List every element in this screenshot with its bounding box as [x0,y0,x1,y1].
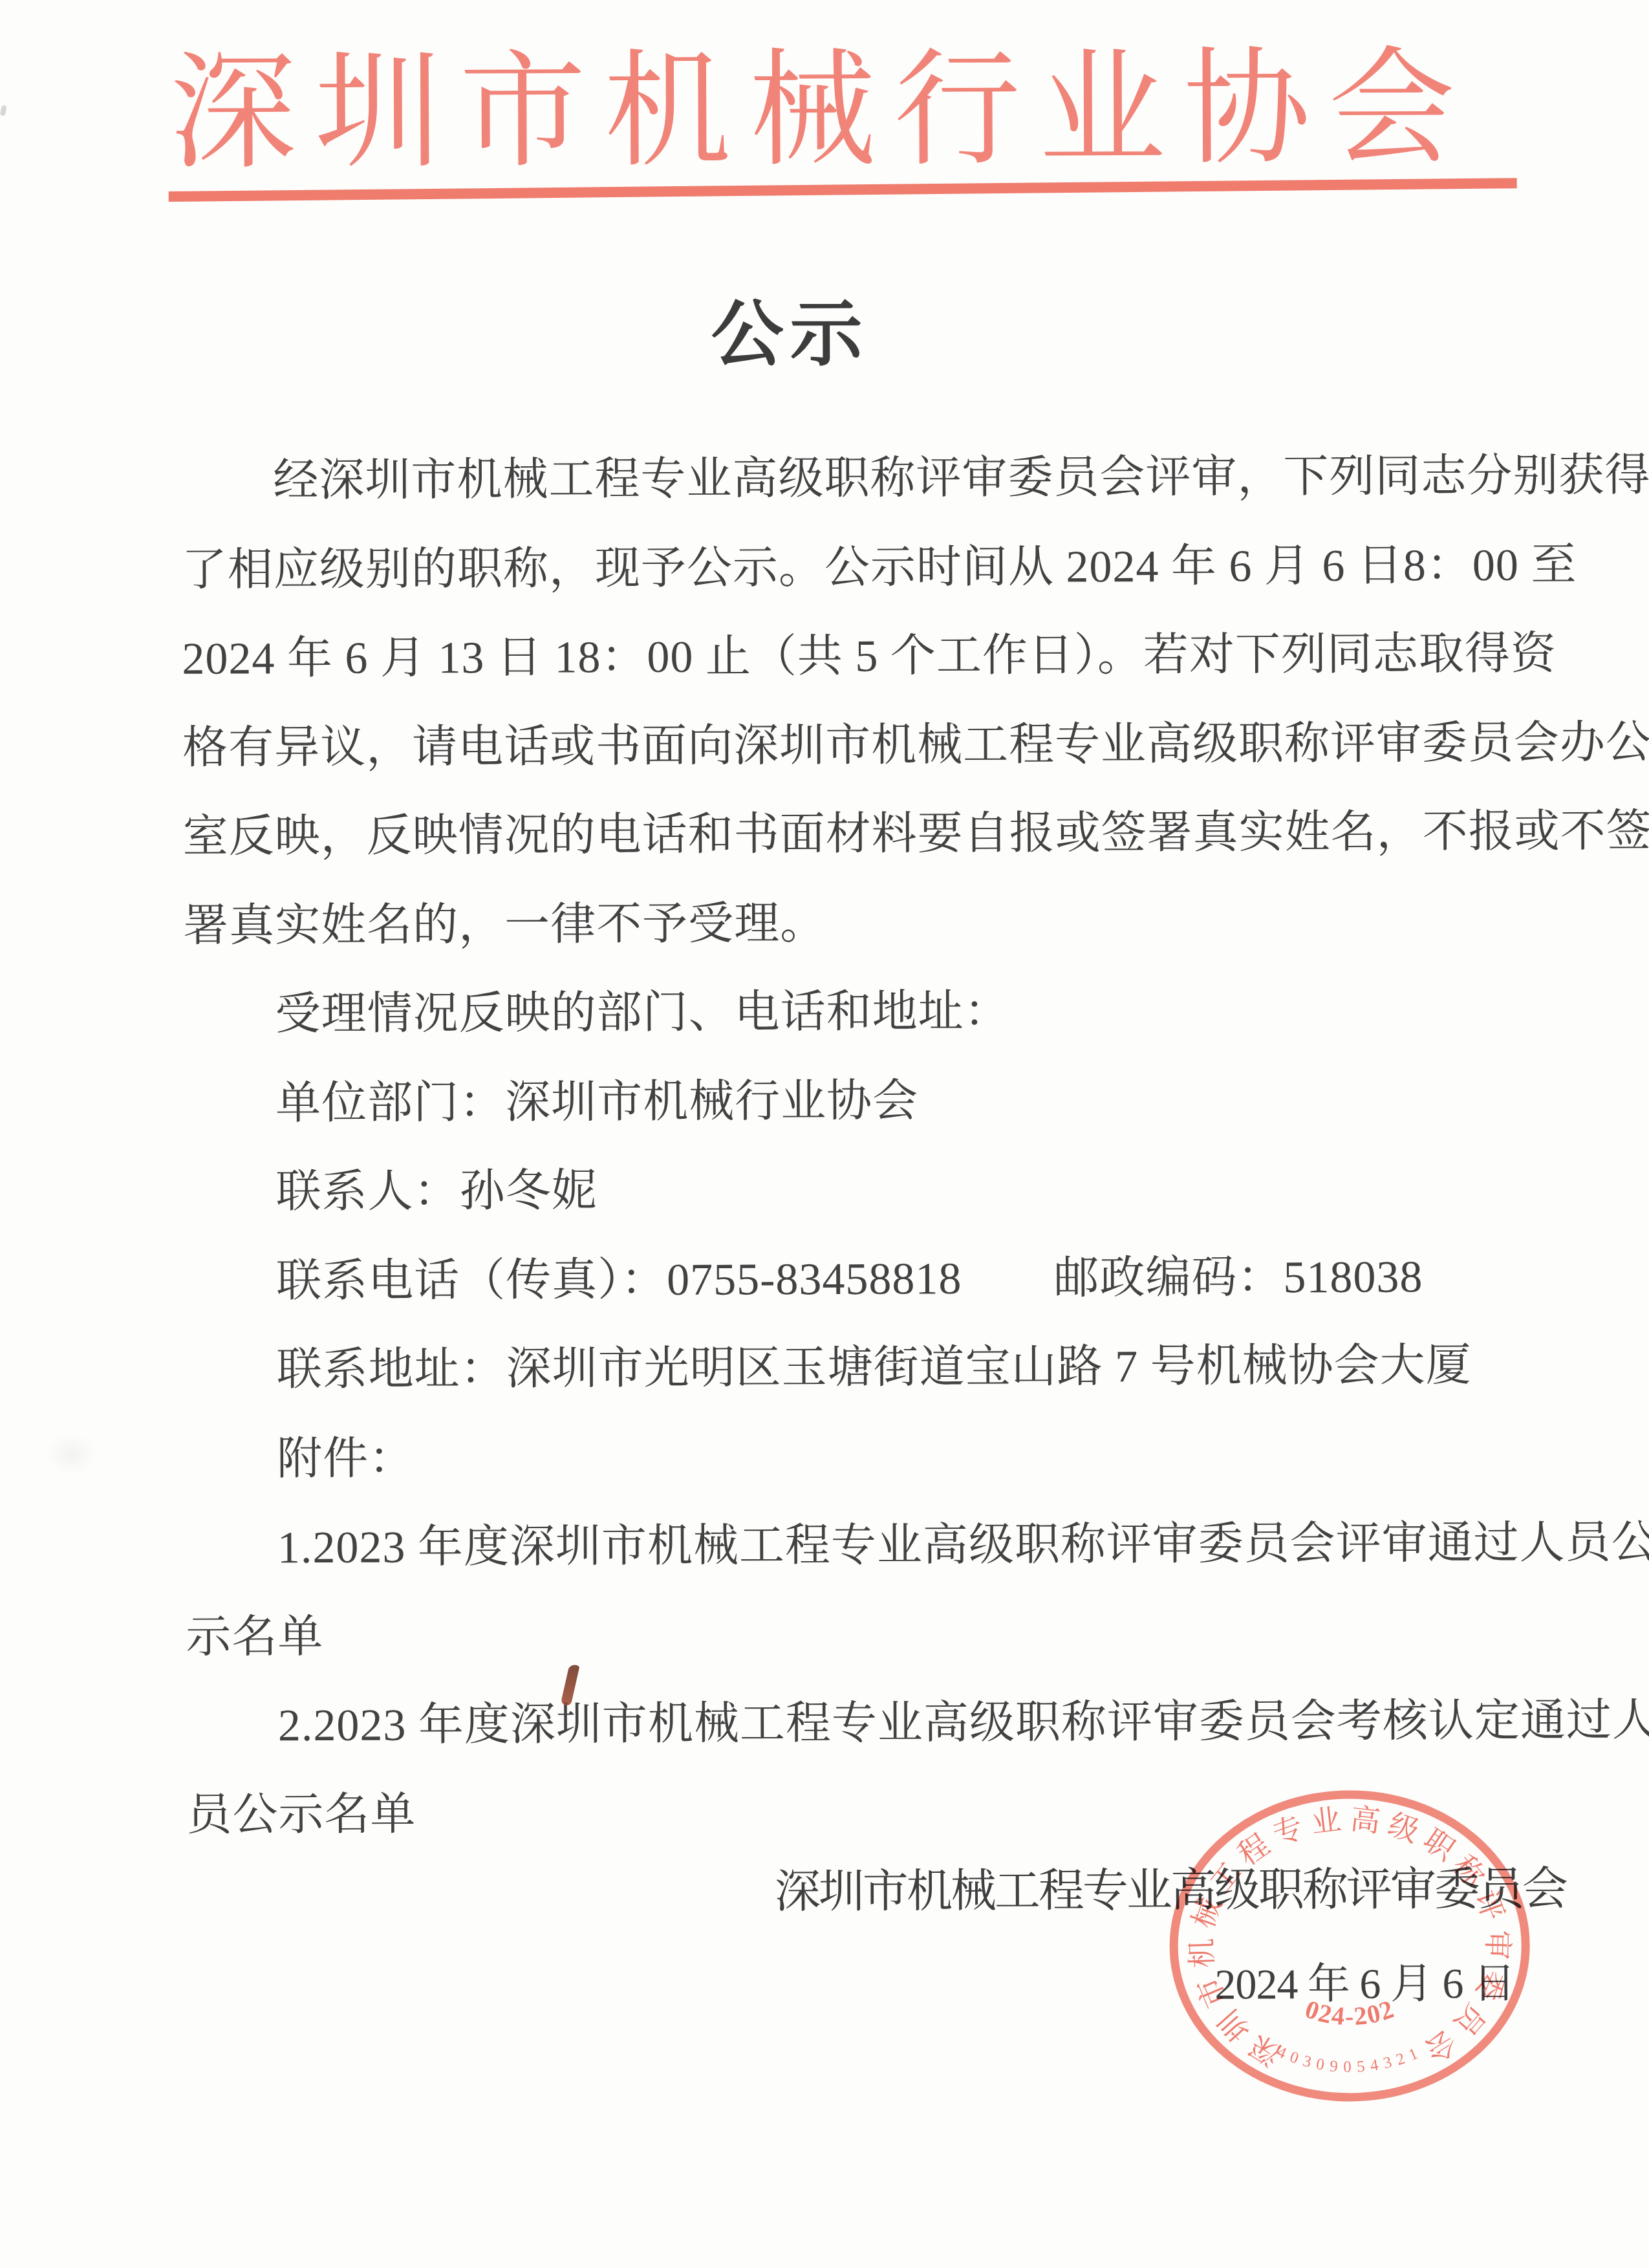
body-line: 1.2023 年度深圳市机械工程专业高级职称评审委员会评审通过人员公 [186,1499,1544,1593]
body-line: 示名单 [186,1588,1544,1682]
body-line: 受理情况反映的部门、电话和地址： [183,966,1542,1060]
body-line: 经深圳市机械工程专业高级职称评审委员会评审，下列同志分别获得 [181,432,1540,526]
body-line: 室反映，反映情况的电话和书面材料要自报或签署真实姓名，不报或不签 [182,788,1541,882]
body-line: 了相应级别的职称，现予公示。公示时间从 2024 年 6 月 6 日8：00 至 [182,521,1540,615]
seal-ring-text: 深圳市机械工程专业高级职称评审委员会 [1185,1802,1515,2073]
scanned-document-page: 深圳市机械行业协会 公示 经深圳市机械工程专业高级职称评审委员会评审，下列同志分… [0,0,1649,2268]
body-line: 2024 年 6 月 13 日 18：00 止（共 5 个工作日）。若对下列同志… [182,610,1540,704]
body-text: 经深圳市机械工程专业高级职称评审委员会评审，下列同志分别获得 了相应级别的职称，… [181,432,1544,1860]
body-line: 联系人：孙冬妮 [184,1143,1542,1238]
body-line: 联系电话（传真）：0755-83458818 邮政编码：518038 [184,1232,1543,1326]
official-seal: 深圳市机械工程专业高级职称评审委员会 (2024-2026) 440309054… [1164,1787,1535,2104]
letterhead-org-name: 深圳市机械行业协会 [0,34,1646,189]
document-title: 公示 [0,280,1615,390]
paper-sheet: 深圳市机械行业协会 公示 经深圳市机械工程专业高级职称评审委员会评审，下列同志分… [0,0,1649,2268]
body-line: 附件： [185,1410,1544,1504]
scan-smudge [36,1424,107,1484]
body-line: 单位部门：深圳市机械行业协会 [184,1054,1542,1149]
body-line: 联系地址：深圳市光明区玉塘街道宝山路 7 号机械协会大厦 [184,1321,1543,1416]
seal-ring [1173,1794,1526,2098]
body-line: 署真实姓名的，一律不予受理。 [183,876,1542,971]
body-line: 2.2023 年度深圳市机械工程专业高级职称评审委员会考核认定通过人 [186,1677,1545,1771]
body-line: 格有异议，请电话或书面向深圳市机械工程专业高级职称评审委员会办公 [182,698,1541,793]
